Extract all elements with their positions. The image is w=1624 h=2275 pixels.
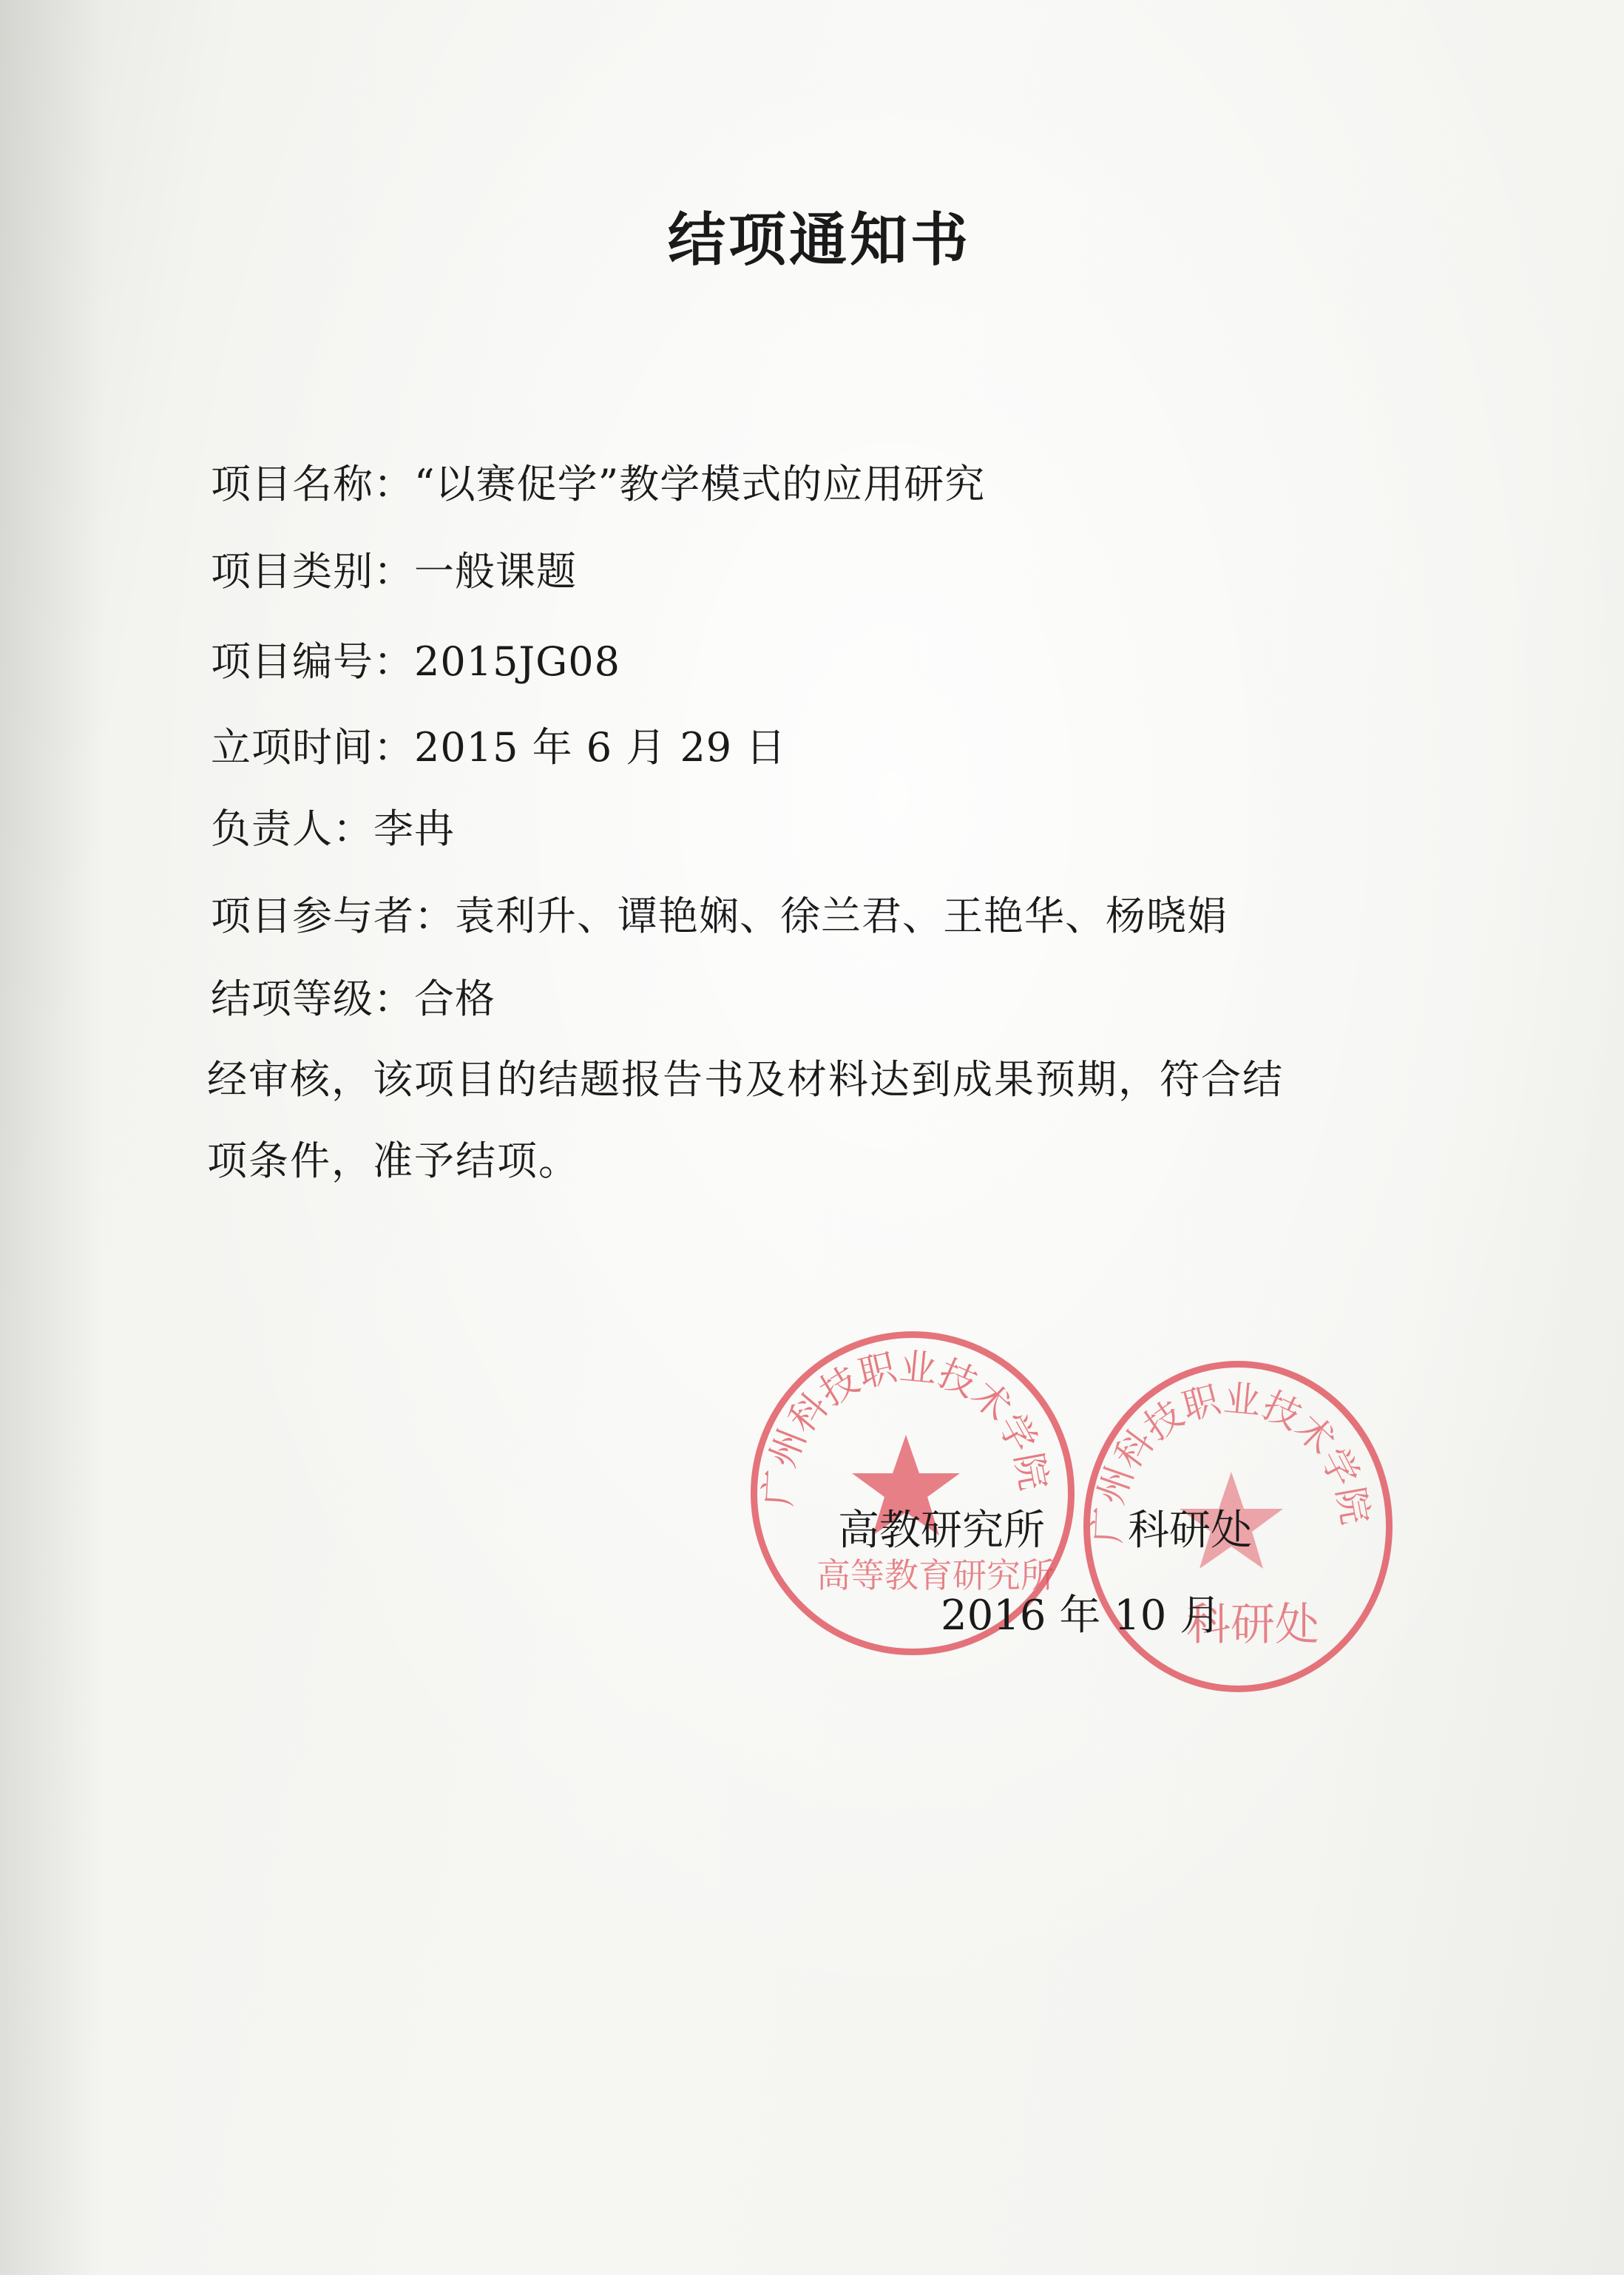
field-value: 2015JG08 [414,638,620,685]
field-label: 项目参与者： [211,893,455,939]
paper-shadow [0,0,104,2275]
field-label: 项目名称： [211,461,414,507]
issuer-research-office: 科研处 [1128,1498,1252,1557]
field-completion-grade: 结项等级：合格 [211,967,495,1024]
conclusion-line-1: 经审核，该项目的结题报告书及材料达到成果预期，符合结 [207,1039,1361,1120]
field-value: “以赛促学”教学模式的应用研究 [414,461,985,507]
conclusion-line-2: 项条件，准予结项。 [207,1120,1361,1202]
field-label: 负责人： [211,805,373,852]
issuer-higher-education-institute: 高教研究所 [838,1498,1045,1557]
field-project-number: 项目编号：2015JG08 [211,630,620,687]
field-label: 结项等级： [211,976,414,1022]
field-label: 项目类别： [211,548,414,595]
field-principal: 负责人：李冉 [211,797,455,854]
conclusion-paragraph: 经审核，该项目的结题报告书及材料达到成果预期，符合结 项条件，准予结项。 [207,1039,1361,1202]
field-value: 合格 [414,976,495,1022]
field-approval-date: 立项时间：2015 年 6 月 29 日 [211,716,786,773]
field-value: 李冉 [373,805,455,852]
field-label: 立项时间： [211,724,414,771]
field-project-category: 项目类别：一般课题 [211,540,577,597]
field-label: 项目编号： [211,638,414,685]
document-title: 结项通知书 [0,194,1624,277]
field-value: 2015 年 6 月 29 日 [414,724,786,771]
field-participants: 项目参与者：袁利升、谭艳娴、徐兰君、王艳华、杨晓娟 [211,885,1228,942]
issue-date: 2016 年 10 月 [941,1583,1221,1642]
field-project-name: 项目名称：“以赛促学”教学模式的应用研究 [211,453,985,510]
field-value: 一般课题 [414,548,577,595]
field-value: 袁利升、谭艳娴、徐兰君、王艳华、杨晓娟 [455,893,1228,939]
